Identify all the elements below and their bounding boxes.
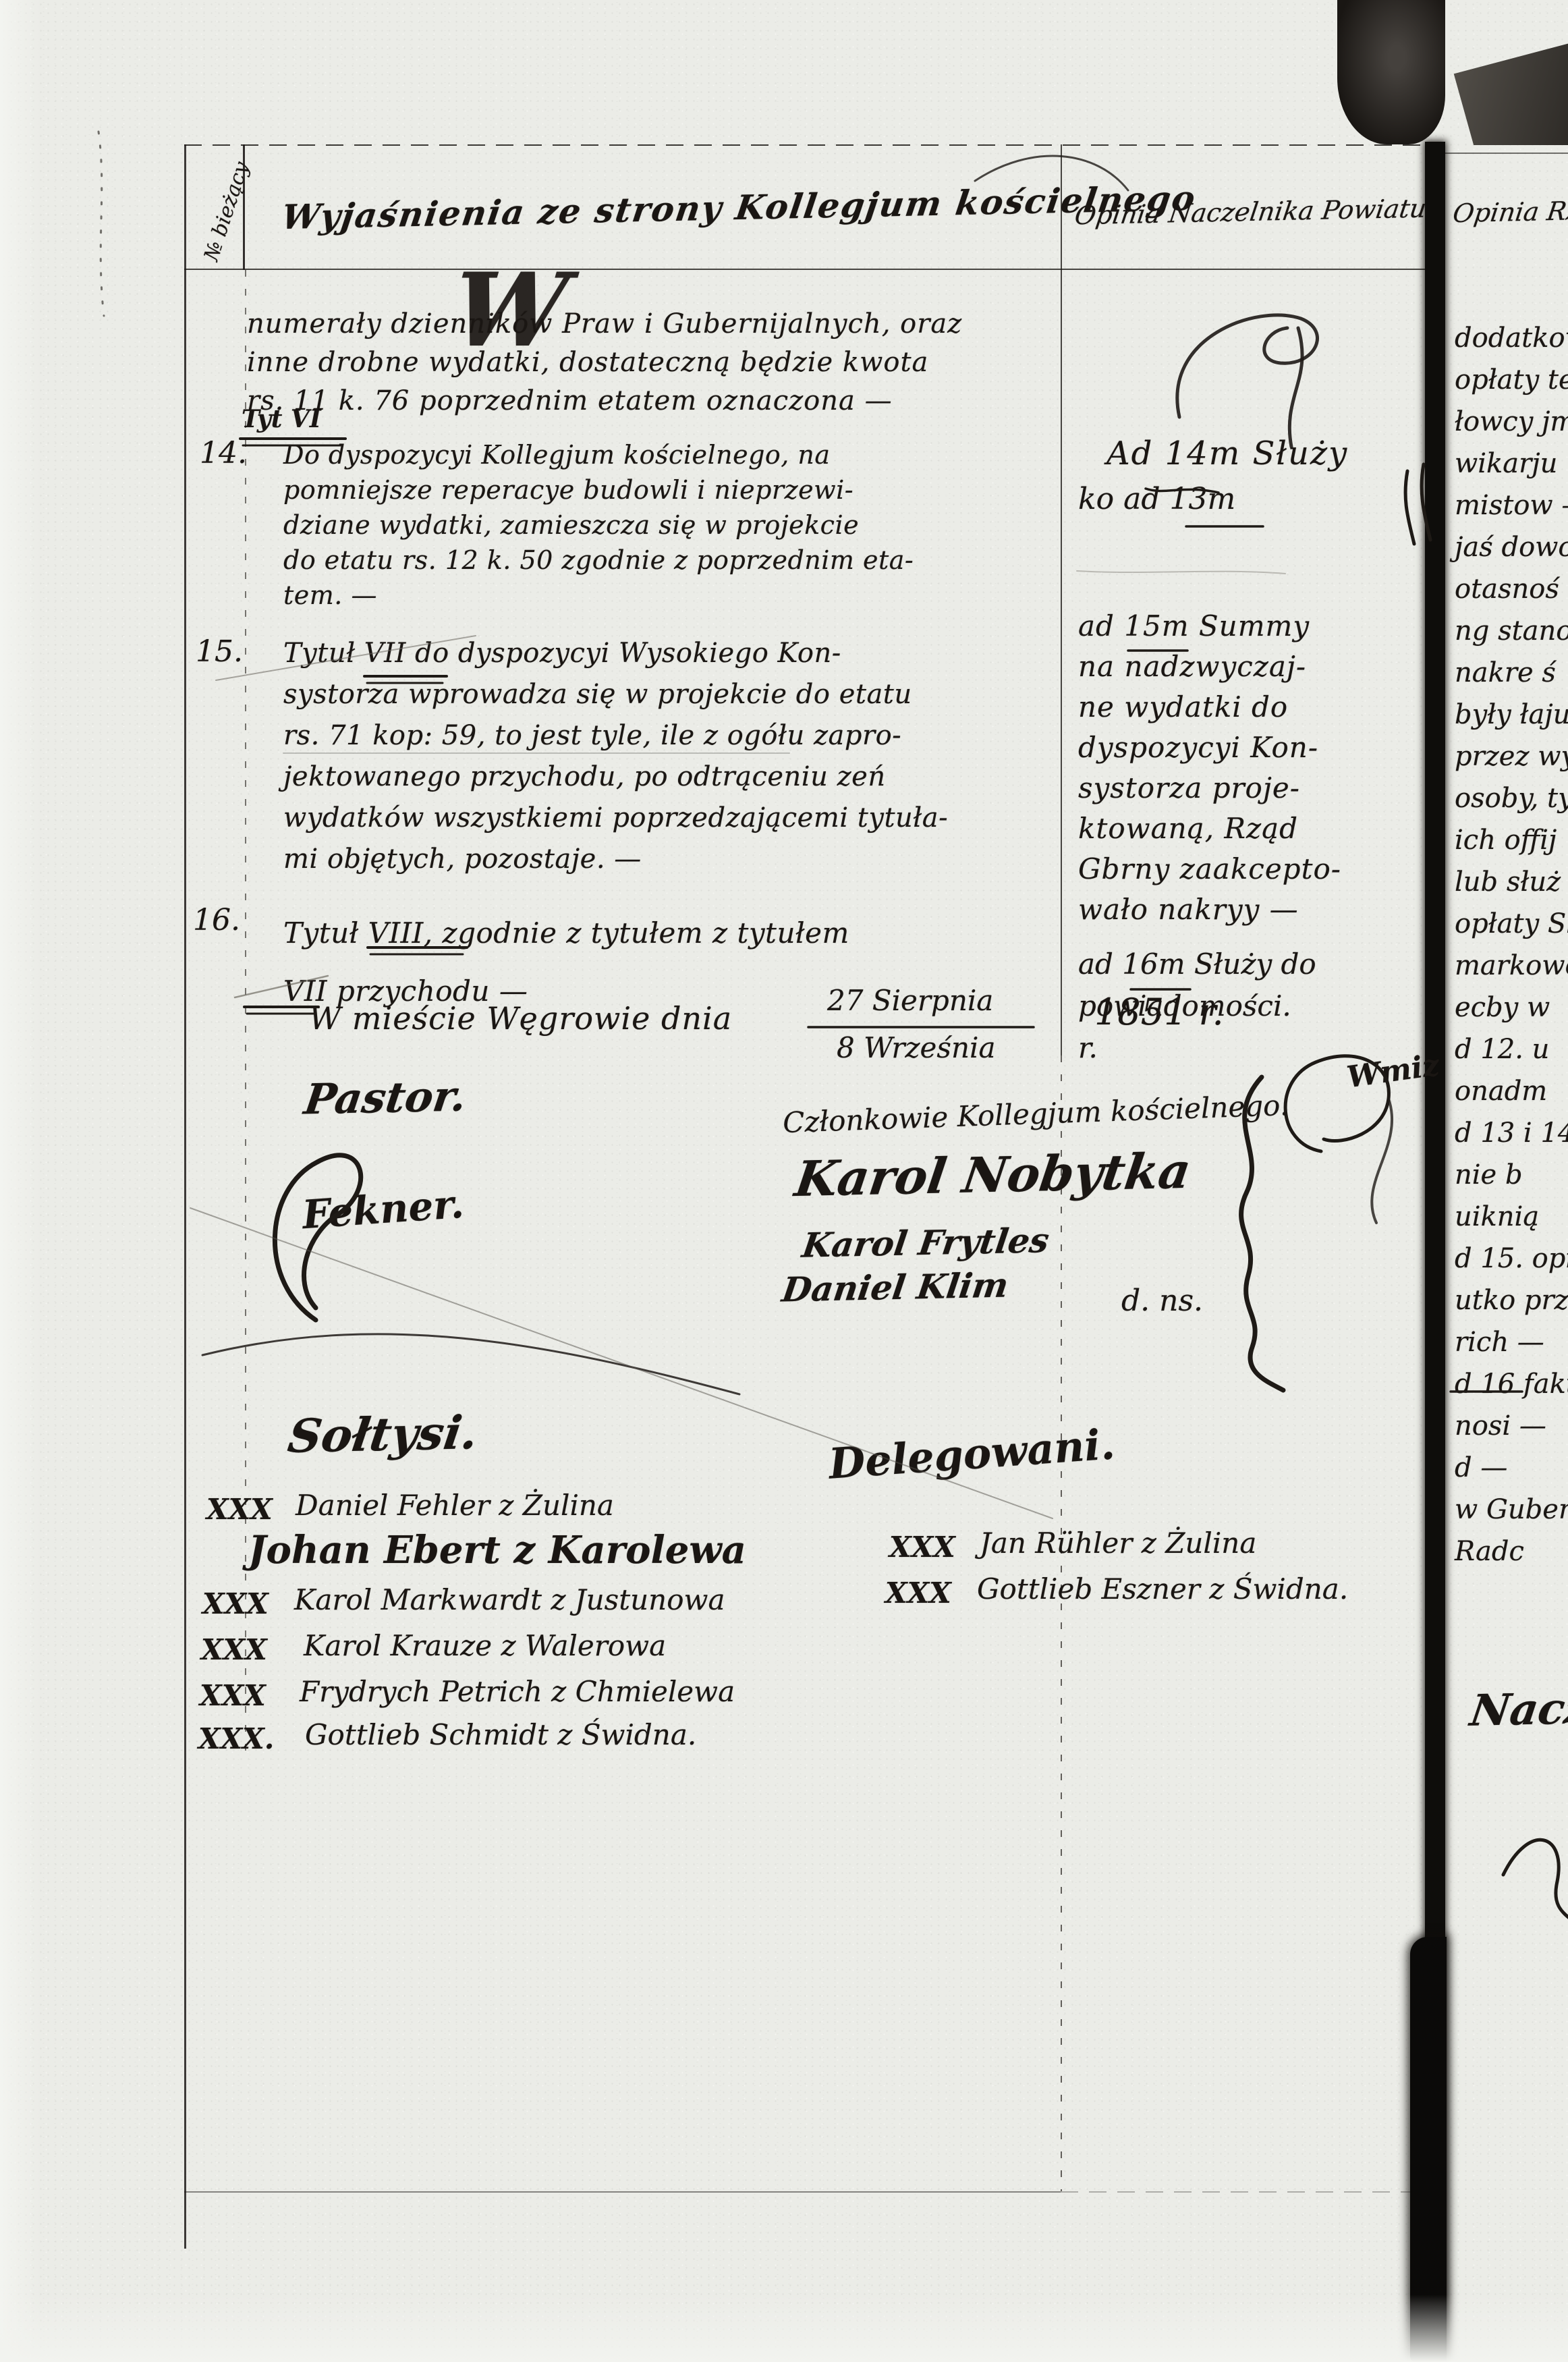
ink-flourish-overlay — [0, 0, 1568, 2362]
scan-bottom-margin — [0, 2295, 1568, 2362]
scanned-manuscript-page: № bieżący Wyjaśnienia ze strony Kollegju… — [0, 0, 1568, 2362]
scan-left-margin — [0, 0, 40, 2362]
